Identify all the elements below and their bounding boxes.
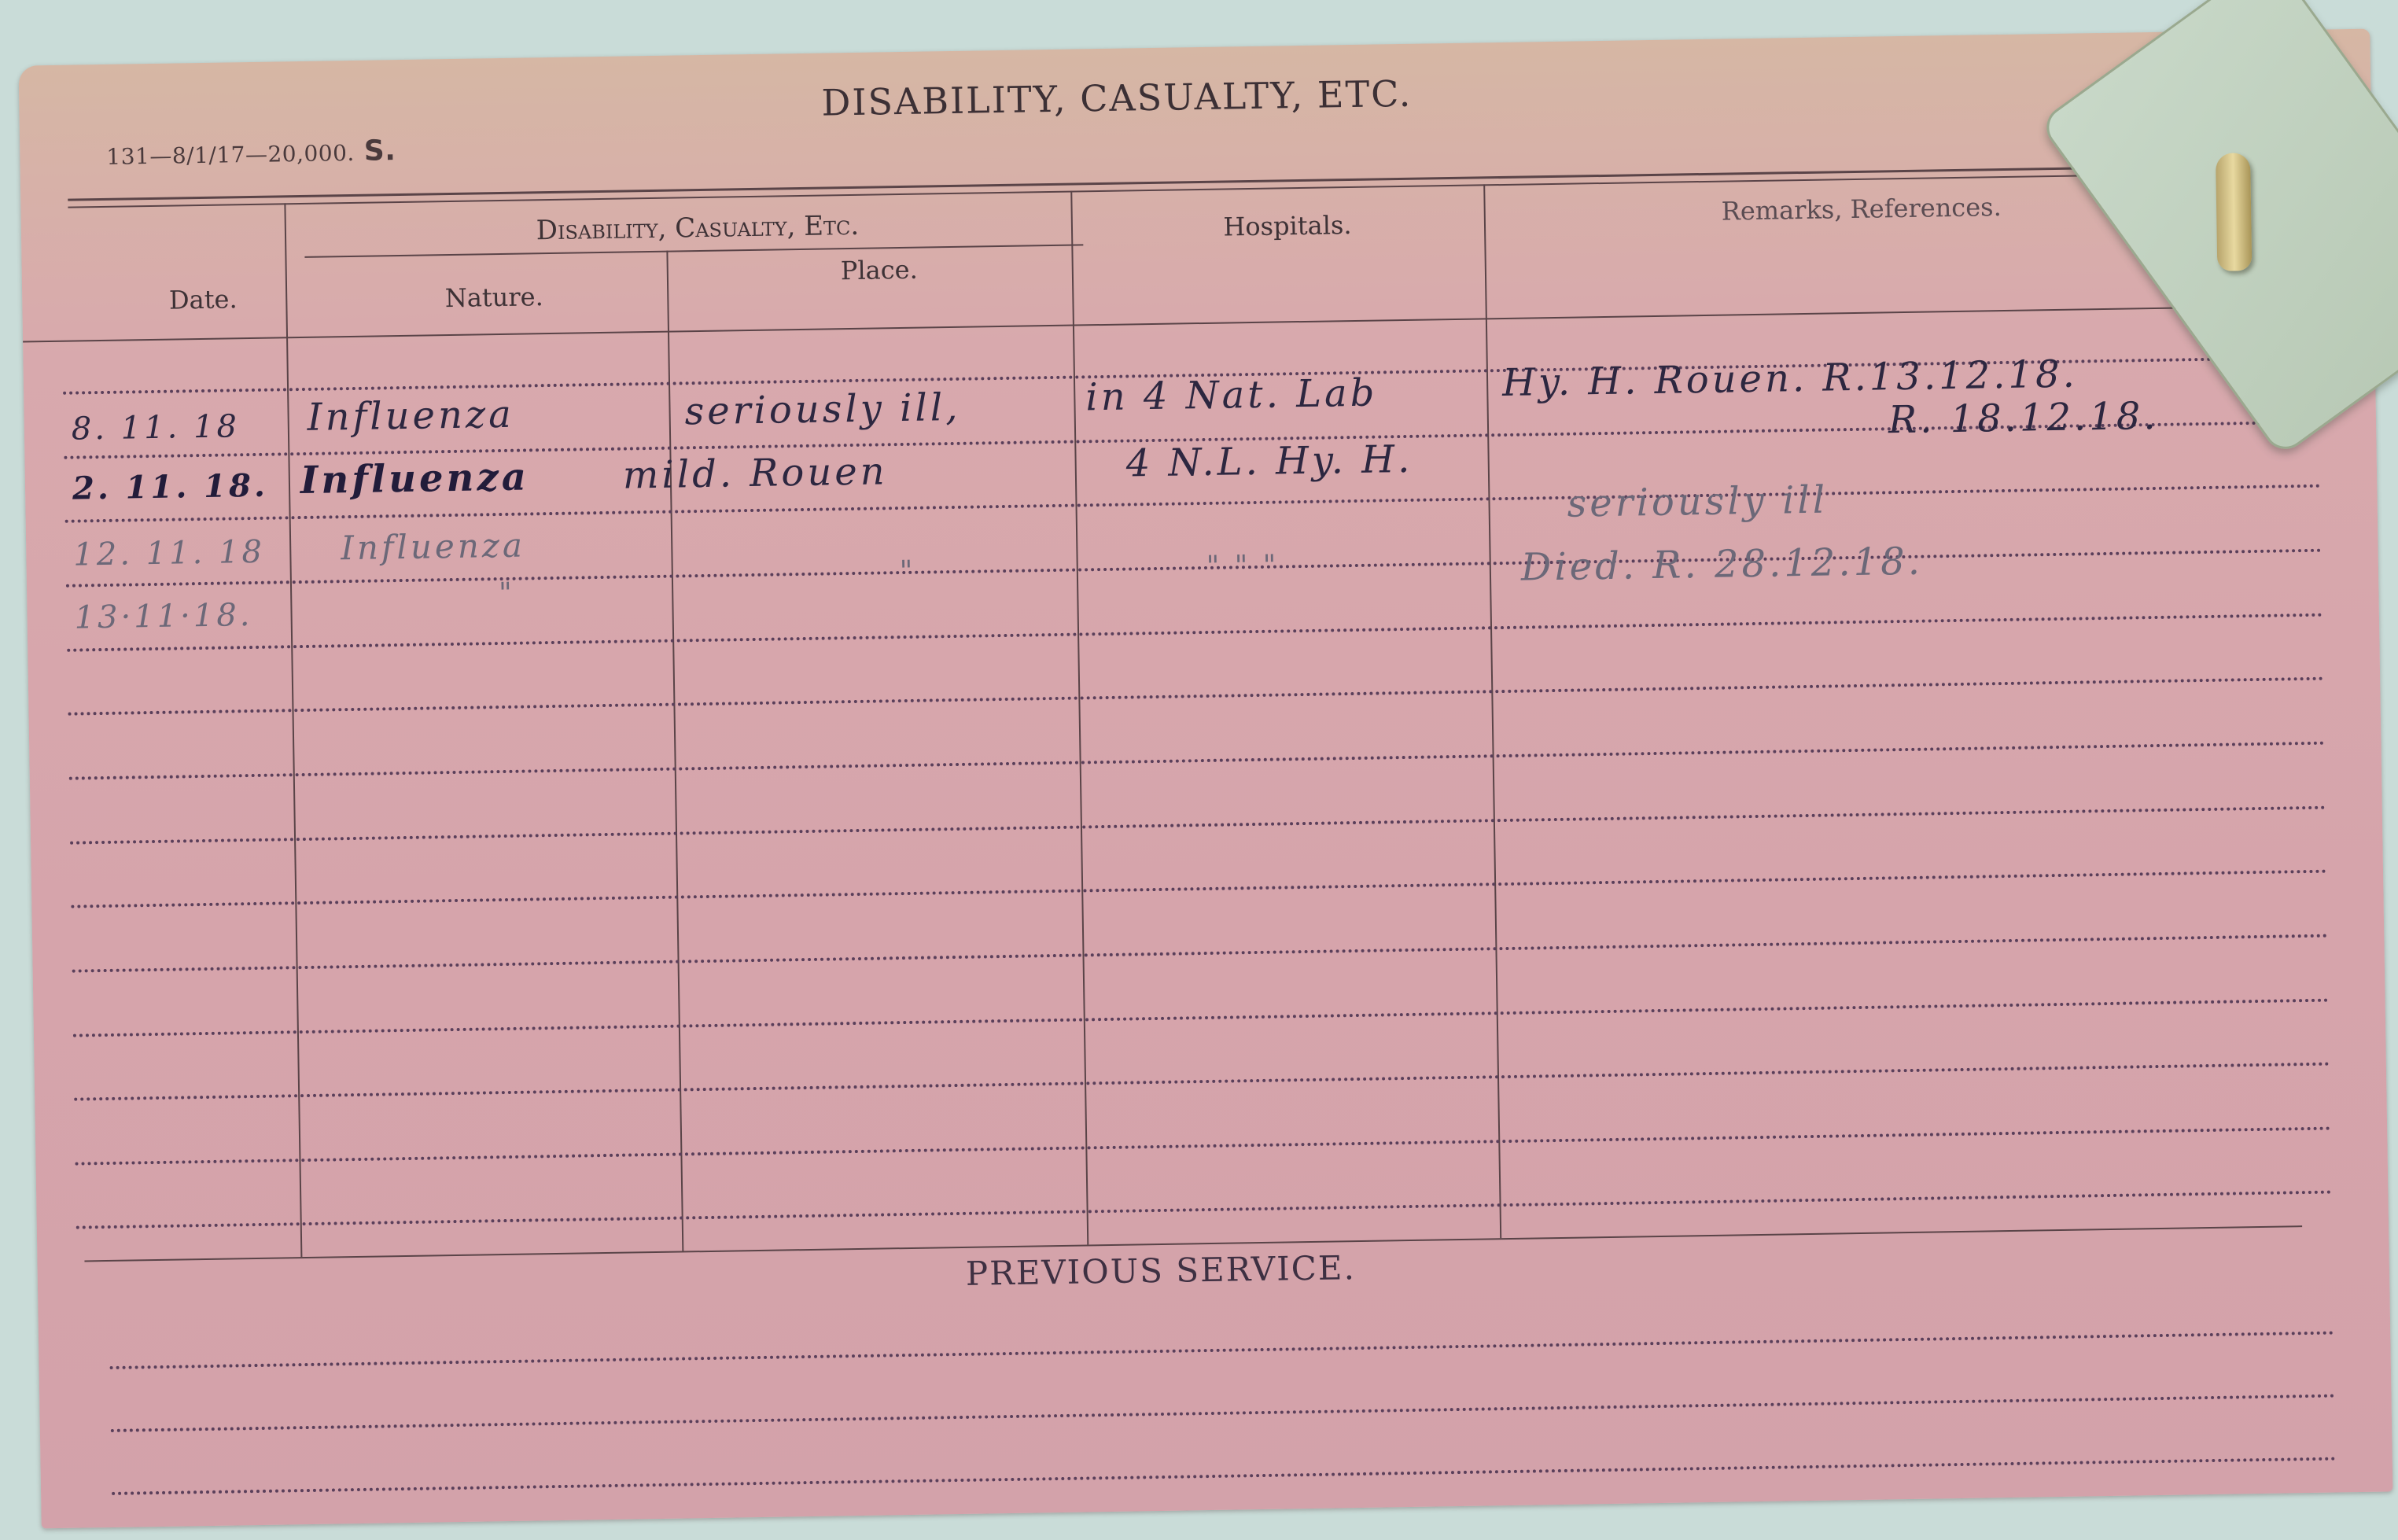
column-divider-nature: [666, 251, 683, 1251]
column-header-group: Disability, Casualty, Etc.: [320, 207, 1076, 250]
dotted-line: [76, 1191, 2334, 1229]
row-remarks: Died. R. 28.12.18.: [1520, 540, 1923, 590]
row-nature: Influenza: [341, 526, 525, 568]
dotted-line: [69, 742, 2326, 780]
table-row: 13·11·18. " " " " " Died. R. 28.12.18.: [19, 29, 2370, 66]
table-row: 2. 11. 18. Influenza mild. Rouen 4 N.L. …: [19, 29, 2370, 66]
previous-service-line: [111, 1394, 2337, 1432]
print-series: S.: [363, 134, 396, 168]
clip-pin: [2216, 153, 2252, 271]
row-hospitals: in 4 Nat. Lab: [1085, 371, 1378, 420]
column-header-nature: Nature.: [321, 280, 668, 315]
column-header-place: Place.: [691, 252, 1069, 289]
row-remarks: R. 18.12.18.: [1888, 394, 2160, 442]
dotted-line: [72, 934, 2330, 973]
dotted-line: [71, 870, 2328, 908]
previous-service-line: [112, 1457, 2337, 1495]
ruled-lines: [19, 29, 2370, 66]
table-row: 12. 11. 18 Influenza seriously ill: [19, 29, 2370, 66]
row-date: 8. 11. 18: [71, 408, 240, 447]
table-row: 8. 11. 18 Influenza seriously ill, in 4 …: [19, 29, 2370, 66]
row-place: seriously ill,: [684, 385, 961, 434]
row-nature: ": [499, 577, 515, 610]
previous-service-line: [110, 1332, 2336, 1369]
row-date: 12. 11. 18: [73, 534, 265, 573]
dotted-line: [70, 806, 2327, 845]
row-remarks: seriously ill: [1567, 478, 1828, 526]
row-nature: Influenza: [300, 455, 529, 503]
row-nature: Influenza: [307, 392, 514, 440]
print-code-number: 131—8/1/17—20,000.: [106, 140, 355, 170]
dotted-line: [75, 1127, 2332, 1166]
column-divider-place: [1070, 191, 1088, 1245]
column-header-hospitals: Hospitals.: [1091, 208, 1485, 244]
dotted-line: [74, 1063, 2331, 1101]
row-hospitals: 4 N.L. Hy. H.: [1125, 437, 1413, 486]
page-title: DISABILITY, CASUALTY, ETC.: [821, 72, 1413, 124]
column-divider-hospitals: [1483, 184, 1501, 1238]
row-place: mild. Rouen: [622, 449, 888, 497]
row-date: 2. 11. 18.: [72, 467, 269, 507]
print-code: 131—8/1/17—20,000.S.: [106, 134, 396, 171]
previous-service-title: PREVIOUS SERVICE.: [965, 1248, 1356, 1293]
row-date: 13·11·18.: [74, 597, 253, 636]
dotted-line: [73, 999, 2330, 1037]
paper-clip-icon: [2038, 0, 2398, 458]
record-card: 131—8/1/17—20,000.S. DISABILITY, CASUALT…: [19, 29, 2393, 1529]
row-place: ": [899, 555, 915, 588]
row-hospitals: " " ": [1206, 550, 1279, 583]
dotted-line: [67, 613, 2324, 652]
dotted-line: [68, 677, 2325, 716]
column-header-date: Date.: [124, 283, 282, 315]
column-divider-date: [284, 203, 302, 1257]
